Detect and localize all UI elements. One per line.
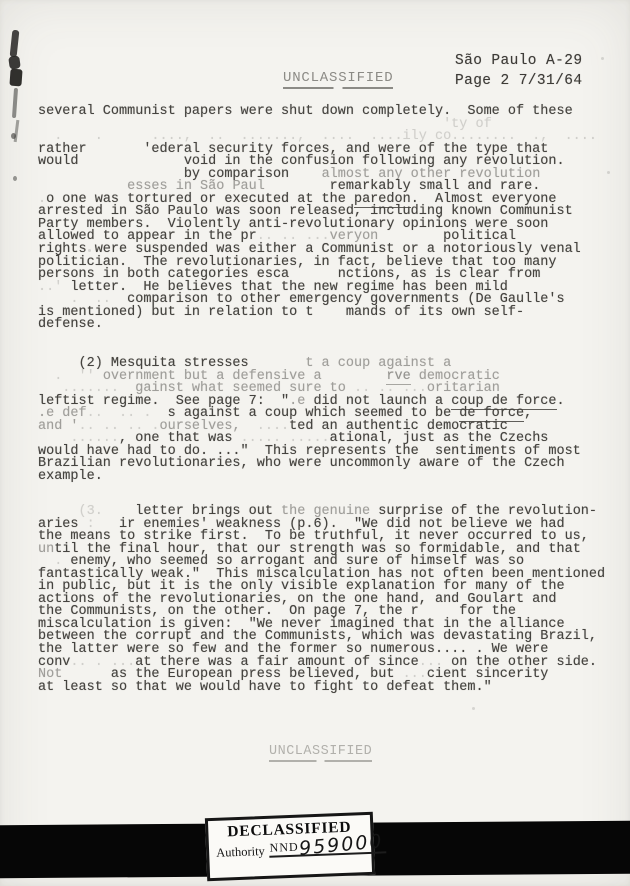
typed-line: at least so that we would have to fight … (38, 682, 605, 695)
typed-line: defense. (38, 319, 597, 332)
paragraph-1: several Communist papers were shut down … (38, 106, 597, 332)
paragraph-2: (2) Mesquita stresses t a coup against a… (38, 358, 581, 483)
paragraph-3: (3. letter brings out the genuine surpri… (38, 506, 605, 694)
classification-footer-text: UNCLASSIFIED (269, 744, 372, 759)
typed-line: ....... gainst what seemed sure to .. ..… (38, 383, 581, 396)
authority-label: Authority (216, 844, 265, 860)
typed-line: example. (38, 471, 581, 484)
underline-rule (269, 760, 372, 762)
authority-signature: NND 959000 (268, 835, 386, 857)
typed-line: . . ...., .. ......., .... ....ily co...… (38, 131, 597, 144)
typed-line: Brazilian revolutionaries, who were unco… (38, 458, 581, 471)
authority-code: NND (269, 841, 298, 855)
declassified-stamp: DECLASSIFIED Authority NND 959000 (205, 812, 375, 881)
scanned-document-page: UNCLASSIFIED São Paulo A-29 Page 2 7/31/… (0, 0, 630, 886)
typed-line: is mentioned) but in relation to t mands… (38, 307, 597, 320)
classification-footer: UNCLASSIFIED (269, 744, 372, 762)
authority-number-handwritten: 959000 (298, 834, 384, 857)
